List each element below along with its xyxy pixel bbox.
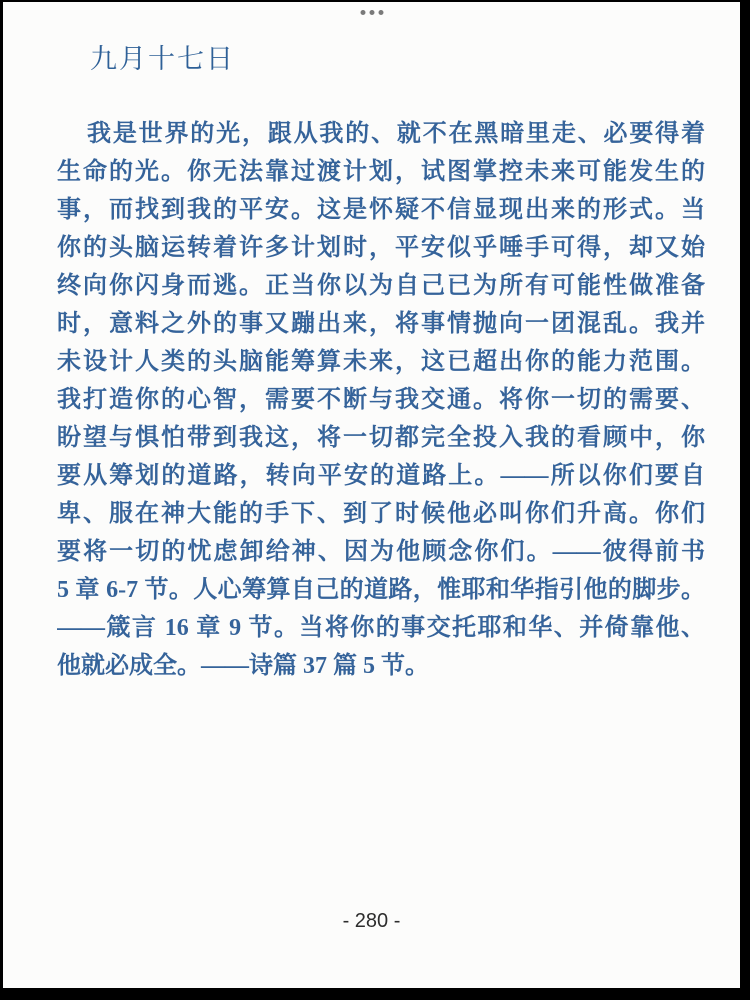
- text-line: 终向你闪身而逃。正当你以为自己已为所有可能性做准备: [57, 267, 705, 305]
- text-line: 你的头脑运转着许多计划时，平安似乎唾手可得，却又始: [57, 229, 705, 267]
- date-heading: 九月十七日: [90, 43, 235, 75]
- text-line: 要从筹划的道路，转向平安的道路上。——所以你们要自: [57, 457, 705, 495]
- text-line: 他就必成全。——诗篇 37 篇 5 节。: [57, 647, 705, 685]
- text-line: 我是世界的光，跟从我的、就不在黑暗里走、必要得着: [57, 115, 705, 153]
- text-line: 事，而找到我的平安。这是怀疑不信显现出来的形式。当: [57, 191, 705, 229]
- text-line: 生命的光。你无法靠过渡计划，试图掌控未来可能发生的: [57, 153, 705, 191]
- page-number: - 280 -: [3, 910, 740, 933]
- text-line: 未设计人类的头脑能筹算未来，这已超出你的能力范围。: [57, 343, 705, 381]
- text-line: 我打造你的心智，需要不断与我交通。将你一切的需要、: [57, 381, 705, 419]
- menu-dot: [378, 10, 383, 15]
- text-line: 5 章 6-7 节。人心筹算自己的道路，惟耶和华指引他的脚步。: [57, 571, 705, 609]
- menu-dot: [360, 10, 365, 15]
- menu-dot: [369, 10, 374, 15]
- reader-frame: { "reader": { "more_menu_icon": "more-op…: [0, 0, 750, 1000]
- text-line: 要将一切的忧虑卸给神、因为他顾念你们。——彼得前书: [57, 533, 705, 571]
- text-line: 卑、服在神大能的手下、到了时候他必叫你们升高。你们: [57, 495, 705, 533]
- more-menu-icon[interactable]: [356, 8, 387, 17]
- ebook-page: 九月十七日 我是世界的光，跟从我的、就不在黑暗里走、必要得着生命的光。你无法靠过…: [3, 2, 740, 988]
- text-line: 时，意料之外的事又蹦出来，将事情抛向一团混乱。我并: [57, 305, 705, 343]
- text-line: ——箴言 16 章 9 节。当将你的事交托耶和华、并倚靠他、: [57, 609, 705, 647]
- devotional-body: 我是世界的光，跟从我的、就不在黑暗里走、必要得着生命的光。你无法靠过渡计划，试图…: [57, 115, 705, 685]
- text-line: 盼望与惧怕带到我这，将一切都完全投入我的看顾中，你: [57, 419, 705, 457]
